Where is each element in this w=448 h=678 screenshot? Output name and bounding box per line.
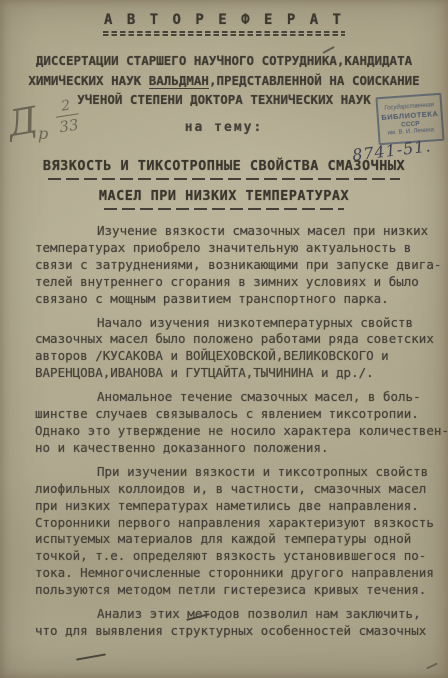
text-line: телей внутреннего сгорания в зимних усло… — [35, 274, 423, 291]
author-name: ВАЛЬДМАН — [149, 73, 209, 90]
text-line: При изучении вязкости и тиксотропных сво… — [35, 464, 423, 481]
pen-mark — [426, 663, 438, 670]
text-line: Изучение вязкости смазочных масел при ни… — [35, 223, 423, 240]
text-line: Аномальное течение смазочных масел, в бо… — [35, 389, 423, 406]
text-line: при низких температурах наметились две н… — [35, 498, 423, 515]
handwritten-shelf-mark: Д р 2 33 — [8, 98, 98, 158]
shelf-mark-fraction: 2 33 — [53, 96, 81, 136]
text-line: связи с затруднениями, возникающими при … — [35, 257, 423, 274]
text-line: тока. Немногочисленные сторонники другог… — [35, 565, 423, 582]
text-line: Сторонники первого направления характери… — [35, 515, 423, 532]
heading-underline — [103, 31, 345, 36]
dissertation-title: ВЯЗКОСТЬ И ТИКСОТРОПНЫЕ СВОЙСТВА СМАЗОЧН… — [0, 158, 448, 218]
text-line: шинстве случаев связывалось с явлением т… — [35, 406, 423, 423]
text-line: температурах приобрело значительную акту… — [35, 240, 423, 257]
document-page: А В Т О Р Е Ф Е Р А Т ДИССЕРТАЦИИ СТАРШЕ… — [0, 0, 448, 678]
paragraph: Анализ этих методов позволил нам заключи… — [35, 606, 423, 640]
pen-mark — [76, 653, 106, 660]
text-line: лиофильных коллоидов и, в частности, сма… — [35, 481, 423, 498]
text-line: но и качественно доказанного положения. — [35, 440, 423, 457]
text-line: авторов /КУСАКОВА и ВОЙЦЕХОВСКОЙ,ВЕЛИКОВ… — [35, 348, 423, 365]
shelf-mark-letter: Д — [5, 100, 41, 145]
subtitle-line-2: ХИМИЧЕСКИХ НАУК ВАЛЬДМАН,ПРЕДСТАВЛЕННОЙ … — [0, 71, 448, 91]
text-line: связано с мощным развитием транспортного… — [35, 291, 423, 308]
library-stamp: Государственная БИБЛИОТЕКА СССР им. В. И… — [375, 93, 444, 145]
title-underline-2 — [104, 208, 344, 210]
document-header: А В Т О Р Е Ф Е Р А Т — [0, 12, 448, 38]
subtitle-line-1: ДИССЕРТАЦИИ СТАРШЕГО НАУЧНОГО СОТРУДНИКА… — [0, 51, 448, 71]
subtitle-line2-prefix: ХИМИЧЕСКИХ НАУК — [28, 73, 148, 88]
text-line: Начало изучения низкотемпературных свойс… — [35, 315, 423, 332]
paragraph: При изучении вязкости и тиксотропных сво… — [35, 464, 423, 599]
paragraph: Изучение вязкости смазочных масел при ни… — [35, 223, 423, 308]
body-paragraphs: Изучение вязкости смазочных масел при ни… — [35, 223, 423, 647]
text-line: что для выявления структурных особенност… — [35, 623, 423, 640]
text-line: испытуемых материалов для каждой темпера… — [35, 531, 423, 548]
text-line: Анализ этих методов позволил нам заключи… — [35, 606, 423, 623]
text-line: точкой, т.е. определяют вязкость установ… — [35, 548, 423, 565]
text-line: смазочных масел было положено работами р… — [35, 331, 423, 348]
text-line: Однако это утверждение не носило характе… — [35, 423, 423, 440]
title-underline-1 — [48, 178, 400, 180]
paragraph: Аномальное течение смазочных масел, в бо… — [35, 389, 423, 457]
subtitle-line2-suffix: ,ПРЕДСТАВЛЕННОЙ НА СОИСКАНИЕ — [209, 73, 420, 88]
title-line-2: МАСЕЛ ПРИ НИЗКИХ ТЕМПЕРАТУРАХ — [0, 188, 448, 204]
paragraph: Начало изучения низкотемпературных свойс… — [35, 315, 423, 383]
text-line: пользуются методом петли гистерезиса кри… — [35, 582, 423, 599]
text-line: ВАРЕНЦОВА,ИВАНОВА и ГУТЦАЙТА,ТЫЧИНИНА и … — [35, 365, 423, 382]
shelf-mark-denominator: 33 — [56, 114, 82, 136]
shelf-mark-sub-letter: р — [38, 124, 48, 143]
document-type-heading: А В Т О Р Е Ф Е Р А Т — [0, 12, 448, 28]
